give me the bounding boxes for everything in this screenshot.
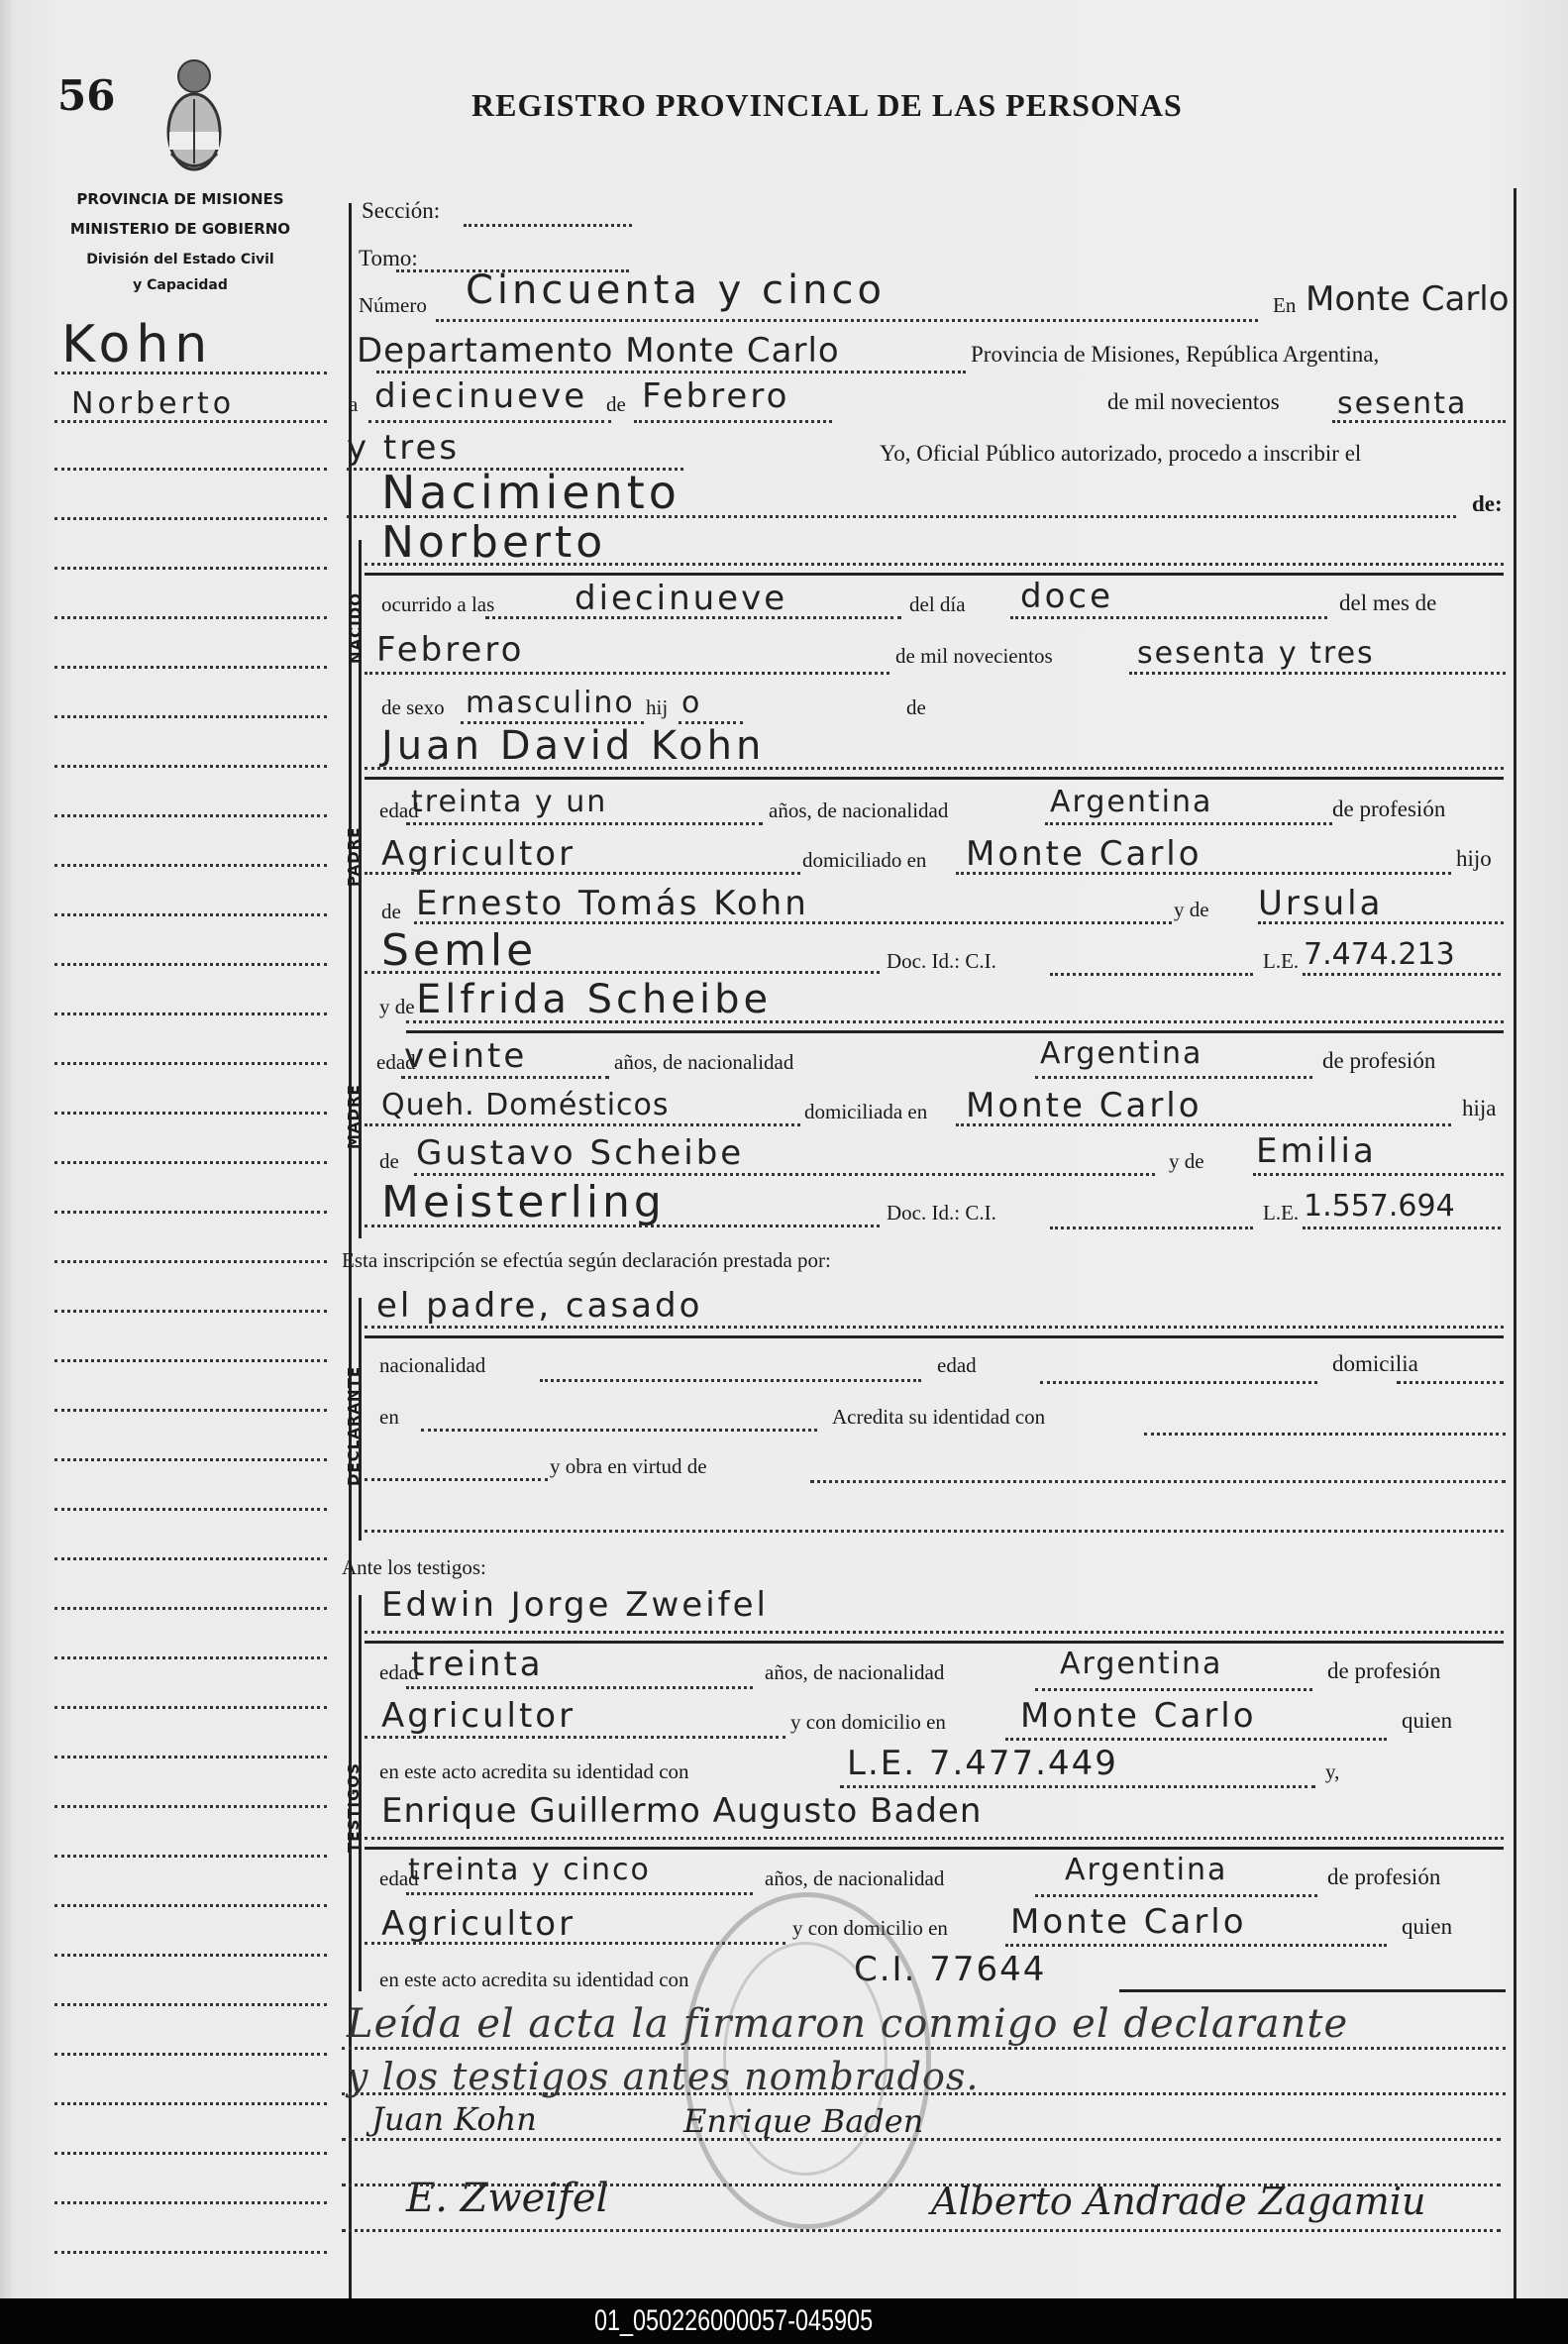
sexo-value: masculino [466,686,635,720]
madre-edad-value: veinte [404,1036,527,1076]
declarante-extra-field [365,1530,1504,1533]
declarante-en-field [421,1429,817,1432]
madre-profesion-label: de profesión [1322,1048,1435,1074]
madre-label: MADRE [345,1084,363,1149]
padre-domicilio-label: domiciliado en [802,848,926,873]
witness-id-field [840,1785,1315,1788]
witness-profesion-label: de profesión [1327,1865,1440,1890]
seccion-field [464,224,632,227]
witness-quien-label: quien [1402,1708,1452,1734]
declarante-intro: Esta inscripción se efectúa según declar… [342,1248,831,1273]
registry-page: 56 REGISTRO PROVINCIAL DE LAS PERSONAS P… [0,0,1568,2298]
madre-divider [406,1030,1504,1033]
padre-le-field [1303,973,1501,976]
year-value-1: sesenta [1337,386,1467,421]
testigos-intro: Ante los testigos: [342,1555,486,1580]
main-right-border [1514,188,1516,2298]
padre-domicilio-field [956,872,1451,875]
declarante-obra-label: y obra en virtud de [550,1454,707,1479]
hij-label: hij [646,695,668,720]
signature-declarante: Juan Kohn [371,2100,537,2138]
padre-name-field [365,767,1504,770]
father-of-mother-field [414,1173,1155,1176]
madre-nacionalidad-label: años, de nacionalidad [614,1050,793,1075]
officer-text: Yo, Oficial Público autorizado, procedo … [880,441,1361,467]
madre-y-de2-label: y de [1169,1149,1204,1174]
madre-le-value: 1.557.694 [1304,1189,1455,1224]
birth-year-value: sesenta y tres [1137,636,1375,671]
padre-name: Juan David Kohn [381,723,765,769]
margin-given-name: Norberto [71,386,235,421]
del-dia-label: del día [909,592,966,617]
padre-label: PADRE [345,827,363,887]
birth-month-value: Febrero [376,630,524,670]
padre-nacionalidad-label: años, de nacionalidad [769,799,948,823]
mother-of-mother-1: Emilia [1256,1131,1377,1171]
birth-year-field [1129,672,1506,675]
mother-of-father-2-field [365,971,880,974]
de-label: de [606,392,626,417]
hour-field [485,616,901,619]
coat-of-arms-icon [163,54,225,178]
declarante-value: el padre, casado [376,1286,702,1326]
witness-id-value: L.E. 7.477.449 [847,1744,1118,1783]
header-capacity: y Capacidad [52,277,309,293]
witness-edad-value: treinta y cinco [408,1853,651,1887]
witness-id-field [1119,1989,1506,1992]
witness-profesion-value: Agricultor [381,1696,575,1736]
witness-profesion-label: de profesión [1327,1658,1440,1684]
padre-profesion-field [365,872,800,875]
madre-le-label: L.E. [1263,1201,1299,1225]
seccion-label: Sección: [362,198,440,224]
witness-acredita-label: en este acto acredita su identidad con [379,1968,689,1992]
signature-line-1 [342,2138,1501,2141]
signature-witness-2: Enrique Baden [683,2102,923,2140]
folio-number: 56 [57,71,115,120]
year-value-2: y tres [347,428,460,468]
declarante-obra-field [810,1480,1506,1483]
witness-name-field [365,1631,1504,1634]
witness-domicilio-label: y con domicilio en [790,1710,946,1735]
madre-name-field [406,1020,1504,1023]
de-colon: de: [1472,491,1503,517]
birth-day-field [1010,616,1327,619]
departamento-field [376,371,966,373]
witness-nacionalidad-value: Argentina [1060,1647,1222,1681]
document-title: REGISTRO PROVINCIAL DE LAS PERSONAS [471,87,1183,124]
witness-divider [365,1641,1504,1644]
month-value: Febrero [642,376,789,416]
witness-profesion-field [365,1736,785,1739]
padre-edad-field [406,822,763,825]
witness-edad-field [406,1686,753,1689]
padre-de-label: de [381,900,401,924]
witness-profesion-value: Agricultor [381,1904,575,1944]
sexo-label: de sexo [381,695,445,720]
ocurrido-label: ocurrido a las [381,592,494,617]
declarante-label: DECLARANTE [345,1366,363,1486]
witness-domicilio-value: Monte Carlo [1010,1902,1247,1942]
witness-quien-label: quien [1402,1914,1452,1940]
declarante-acredita-field [1144,1433,1506,1436]
del-mes-label: del mes de [1339,590,1436,616]
numero-field [436,319,1258,322]
witness-tail: y, [1325,1759,1339,1784]
padre-nacionalidad-field [1045,822,1332,825]
madre-edad-field [401,1076,609,1079]
mother-of-father-1: Ursula [1258,884,1383,923]
numero-label: Número [359,293,427,318]
mother-of-father-field [1258,921,1504,924]
departamento-value: Departamento Monte Carlo [357,331,840,371]
witness-nacionalidad-value: Argentina [1065,1853,1227,1887]
birth-year-label: de mil novecientos [895,644,1053,669]
padre-doc-label: Doc. Id.: C.I. [887,949,996,974]
footer-bar: 01_050226000057-045905 [0,2298,1568,2344]
birth-month-field [365,672,889,675]
declarante-edad-label: edad [937,1353,977,1378]
nacido-name: Norberto [381,517,606,568]
madre-doc-label: Doc. Id.: C.I. [887,1201,996,1225]
witness-domicilio-field [1005,1944,1387,1947]
nacido-de-label: de [906,695,926,720]
witness-domicilio-value: Monte Carlo [1020,1696,1257,1736]
mother-of-father-2: Semle [381,925,537,976]
madre-nacionalidad-value: Argentina [1040,1036,1202,1071]
birth-day-value: doce [1020,577,1113,616]
madre-domicilio-field [956,1123,1451,1126]
declarante-domicilio-label: domicilia [1332,1351,1418,1377]
father-of-father: Ernesto Tomás Kohn [416,884,809,923]
witness-domicilio-field [1005,1738,1387,1741]
nacido-label: NACIDO [347,592,365,664]
padre-divider [365,777,1504,780]
padre-hijo-label: hijo [1456,846,1492,872]
witness-nacionalidad-field [1035,1688,1312,1691]
signature-witness-1: E. Zweifel [406,2176,608,2221]
witness-nacionalidad-label: años, de nacionalidad [765,1660,944,1685]
madre-ci-field [1050,1226,1253,1229]
madre-domicilio-value: Monte Carlo [966,1086,1202,1125]
padre-le-value: 7.474.213 [1304,937,1455,972]
header-ministry: MINISTERIO DE GOBIERNO [52,220,309,238]
declarante-divider [365,1335,1504,1338]
declarante-en-label: en [379,1405,399,1430]
madre-y-de-label: y de [379,995,415,1019]
padre-le-label: L.E. [1263,949,1299,974]
provincia-text: Provincia de Misiones, República Argenti… [971,342,1379,368]
hour-value: diecinueve [575,579,787,618]
nacido-name-field [365,563,1504,566]
declarante-nacionalidad-label: nacionalidad [379,1353,485,1378]
header-province: PROVINCIA DE MISIONES [52,190,309,208]
declarante-edad-field [1040,1381,1317,1384]
witness-nacionalidad-label: años, de nacionalidad [765,1866,944,1891]
declarante-domicilio-field [1397,1381,1504,1384]
declarante-value-field [365,1326,1504,1329]
padre-domicilio-value: Monte Carlo [966,834,1202,874]
numero-value: Cincuenta y cinco [466,267,886,313]
mother-of-mother-field [1253,1173,1504,1176]
nacido-divider [365,573,1504,576]
declarante-obra-pre-field [365,1478,548,1481]
a-label: a [349,392,358,417]
madre-profesion-field [365,1123,800,1126]
witness-edad-value: treinta [411,1645,544,1684]
padre-profesion-label: de profesión [1332,797,1445,822]
hij-suffix: o [681,686,701,720]
madre-profesion-value: Queh. Domésticos [381,1088,670,1122]
margin-surname: Kohn [61,315,213,374]
madre-le-field [1303,1226,1501,1229]
witness-name: Enrique Guillermo Augusto Baden [381,1791,982,1831]
witness-nacionalidad-field [1035,1894,1317,1897]
year-label: de mil novecientos [1107,389,1280,415]
padre-y-de-label: y de [1174,898,1209,922]
padre-ci-field [1050,973,1253,976]
day-value: diecinueve [374,376,587,416]
madre-hija-label: hija [1462,1096,1497,1121]
signature-line-3 [342,2229,1501,2232]
testigos-label: TESTIGOS [345,1762,363,1853]
madre-nacionalidad-field [1035,1076,1312,1079]
witness-divider [365,1847,1504,1850]
mother-of-mother-2: Meisterling [381,1177,666,1227]
month-field [634,420,832,423]
padre-profesion-value: Agricultor [381,834,575,874]
madre-de-label: de [379,1149,399,1174]
witness-name: Edwin Jorge Zweifel [381,1585,769,1625]
witness-edad-field [406,1892,753,1895]
year-field [1332,420,1506,423]
signature-line-2 [342,2184,1501,2186]
act-type-value: Nacimiento [381,466,680,519]
declarante-nacionalidad-field [540,1379,921,1382]
en-label: En [1273,293,1296,318]
padre-nacionalidad-value: Argentina [1050,785,1212,819]
en-value: Monte Carlo [1306,279,1510,319]
father-of-father-field [414,921,1172,924]
witness-name-field [365,1837,1504,1840]
mother-of-mother-2-field [365,1225,880,1227]
father-of-mother: Gustavo Scheibe [416,1133,744,1173]
witness-acredita-label: en este acto acredita su identidad con [379,1759,689,1784]
madre-domicilio-label: domiciliada en [804,1100,927,1124]
declarante-acredita-label: Acredita su identidad con [832,1405,1045,1430]
day-field [368,420,611,423]
madre-name: Elfrida Scheibe [416,977,772,1022]
tomo-label: Tomo: [359,246,418,271]
image-id-label: 01_050226000057-045905 [594,2304,873,2338]
header-division: División del Estado Civil [52,252,309,267]
padre-edad-value: treinta y un [411,785,607,819]
